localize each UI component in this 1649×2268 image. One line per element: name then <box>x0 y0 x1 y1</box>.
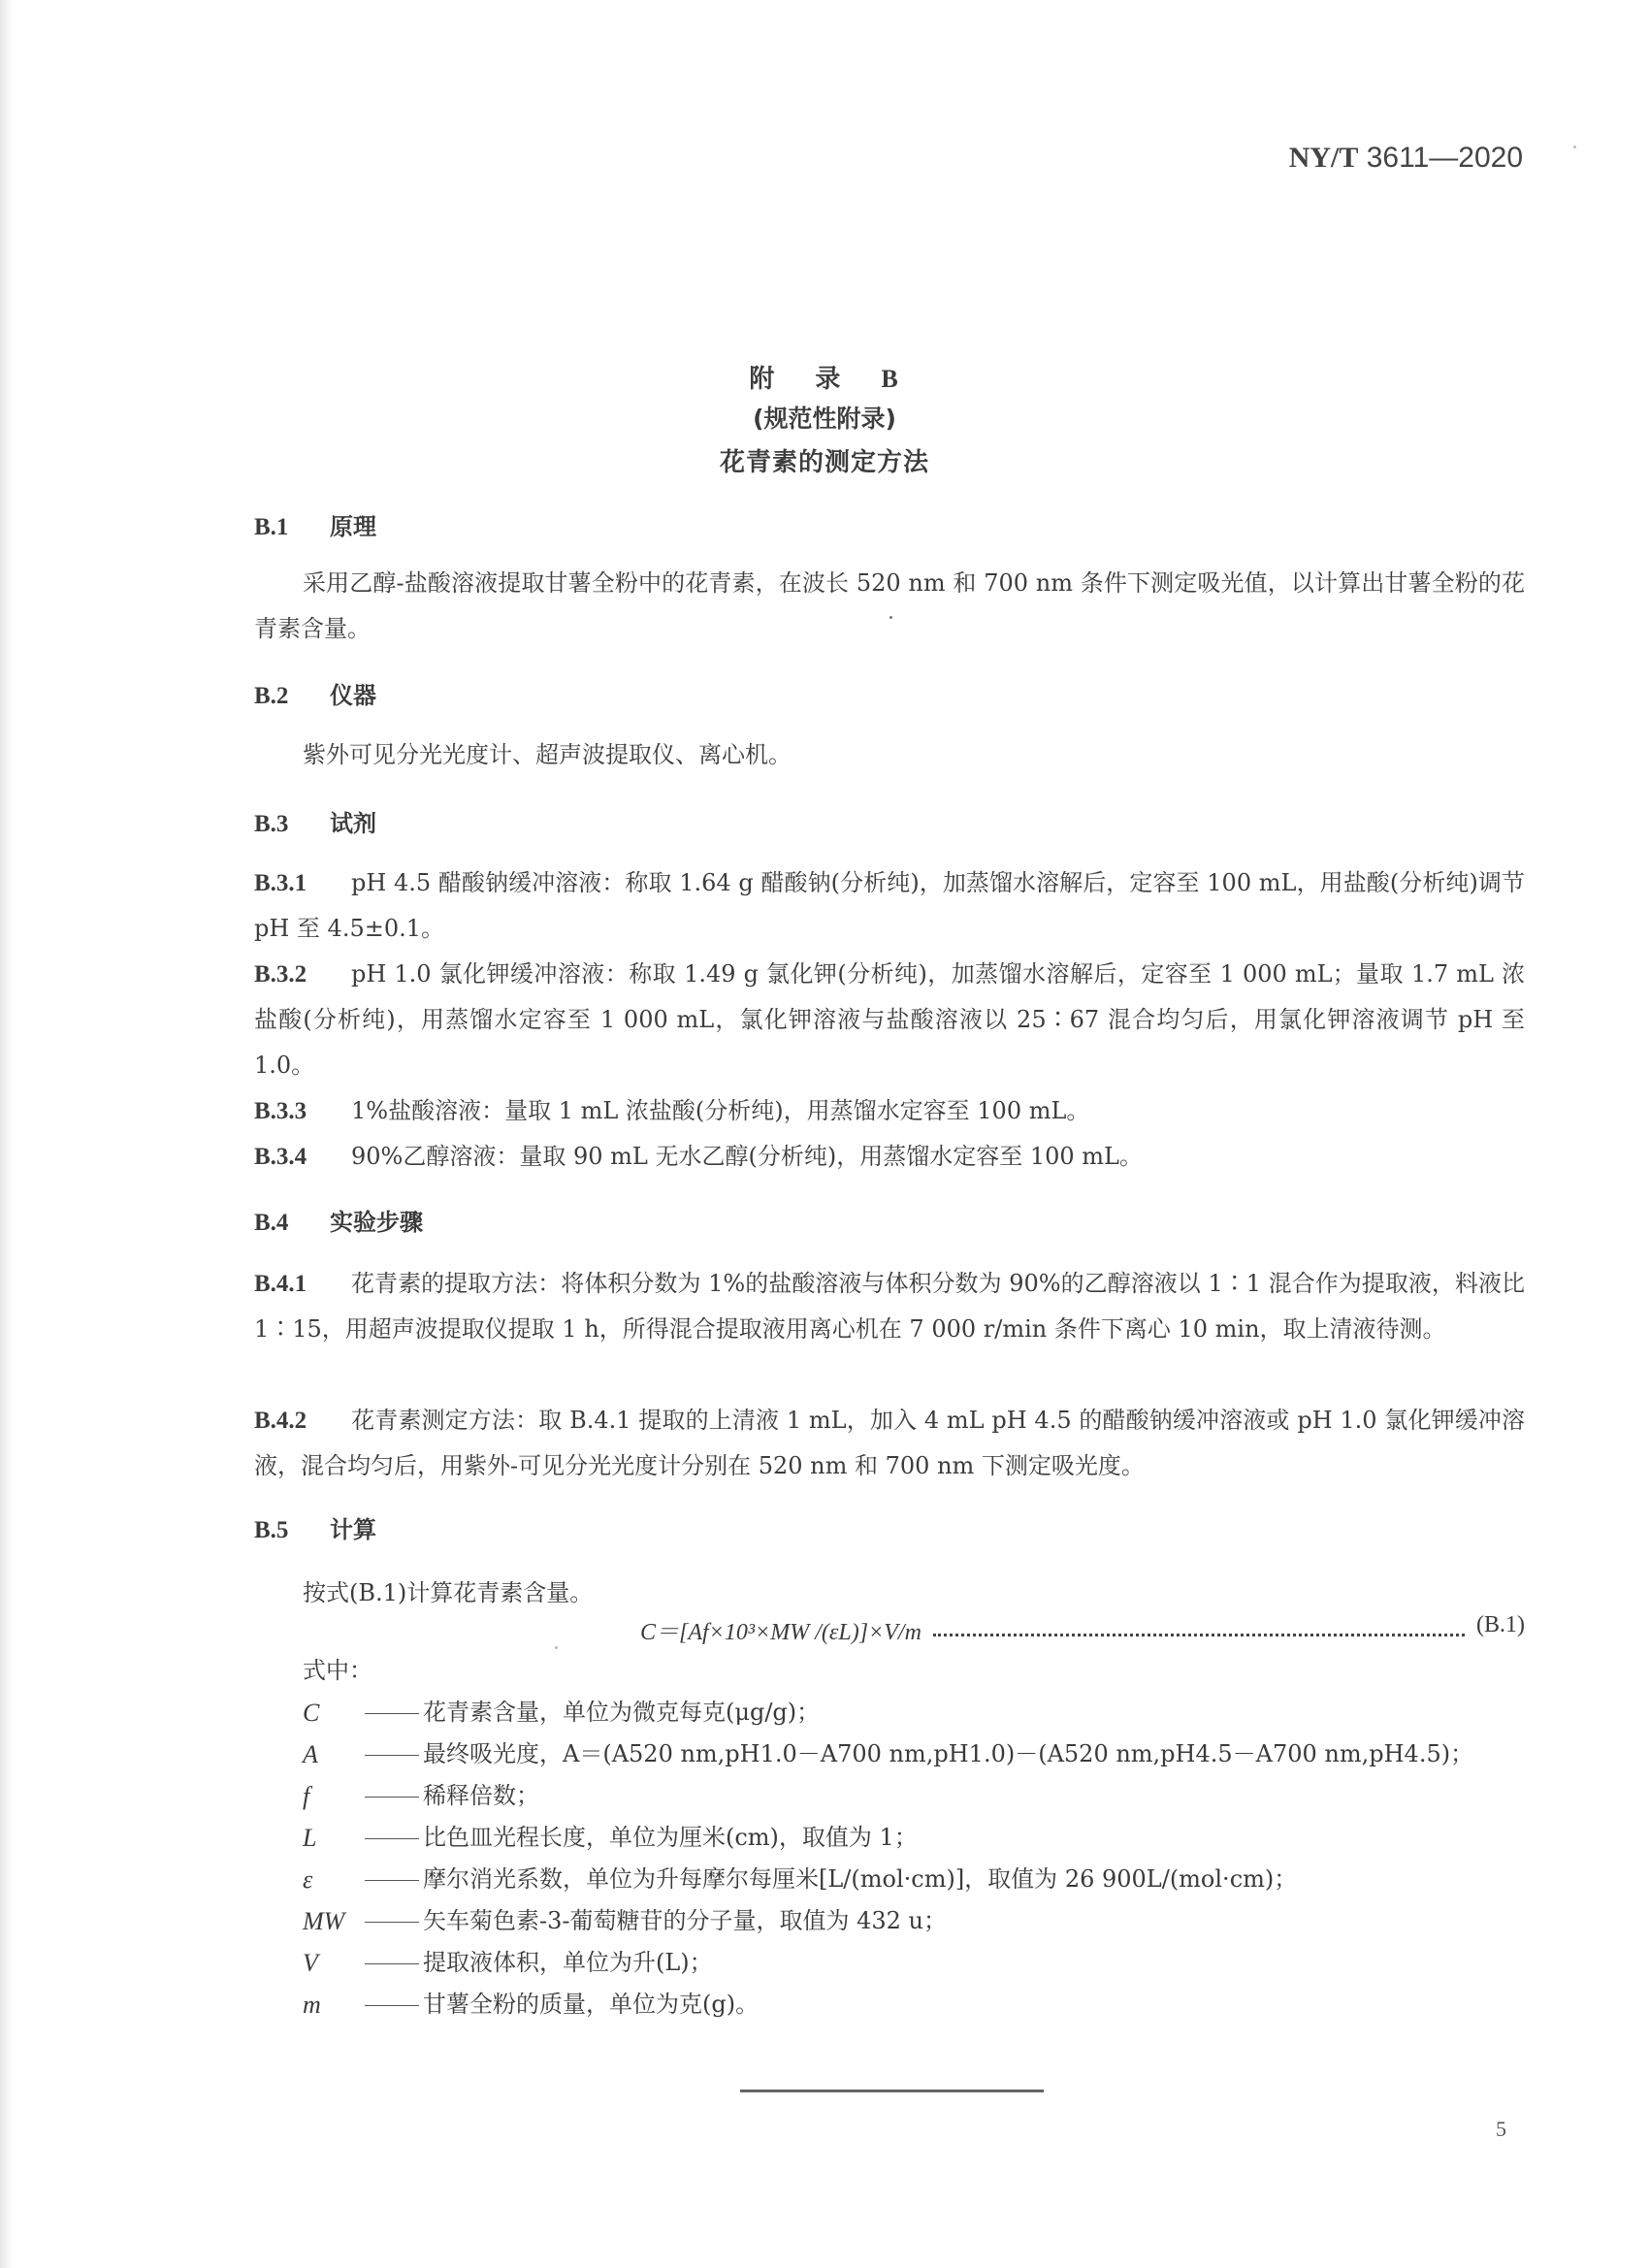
section-title: 计算 <box>330 1516 376 1543</box>
clause-text: 1%盐酸溶液：量取 1 mL 浓盐酸(分析纯)，用蒸馏水定容至 100 mL。 <box>351 1097 1089 1124</box>
variable-row: L比色皿光程长度，单位为厘米(cm)，取值为 1； <box>303 1817 1525 1859</box>
variable-row: A最终吸光度，A＝(A520 nm,pH1.0－A700 nm,pH1.0)－(… <box>303 1733 1525 1775</box>
variable-description: 甘薯全粉的质量，单位为克(g)。 <box>423 1984 759 2025</box>
clause-b3-1: B.3.1pH 4.5 醋酸钠缓冲溶液：称取 1.64 g 醋酸钠(分析纯)，加… <box>254 860 1525 952</box>
scan-speck <box>1573 146 1576 148</box>
formula-b1: C＝[Af×10³×MW /(εL)]×V/m (B.1) <box>640 1612 1525 1646</box>
dash <box>361 1775 423 1817</box>
appendix-word: 录 <box>815 365 842 394</box>
clause-number: B.3.4 <box>254 1134 351 1180</box>
section-heading-b5: B.5计算 <box>254 1510 1525 1544</box>
section-text-b2: 紫外可见分光光度计、超声波提取仪、离心机。 <box>254 732 1525 778</box>
scan-page-edge <box>0 0 14 2268</box>
dash <box>361 1900 423 1942</box>
variable-row: f稀释倍数； <box>303 1775 1525 1817</box>
variable-symbol: MW <box>303 1900 361 1942</box>
variable-symbol: C <box>303 1692 361 1733</box>
standard-code: NY/T 3611—2020 <box>1289 142 1523 175</box>
section-text-b1: 采用乙醇-盐酸溶液提取甘薯全粉中的花青素，在波长 520 nm 和 700 nm… <box>254 561 1525 652</box>
variable-description: 摩尔消光系数，单位为升每摩尔每厘米[L/(mol·cm)]，取值为 26 900… <box>423 1859 1297 1900</box>
section-title: 原理 <box>330 513 376 540</box>
formula-number: (B.1) <box>1476 1612 1525 1646</box>
where-label: 式中： <box>303 1651 372 1685</box>
section-number: B.4 <box>254 1210 330 1237</box>
appendix-letter: B <box>881 365 899 393</box>
clause-b3-3: B.3.31%盐酸溶液：量取 1 mL 浓盐酸(分析纯)，用蒸馏水定容至 100… <box>254 1088 1525 1134</box>
clause-b4-2: B.4.2花青素测定方法：取 B.4.1 提取的上清液 1 mL，加入 4 mL… <box>254 1398 1525 1489</box>
formula-expression: C＝[Af×10³×MW /(εL)]×V/m <box>640 1612 921 1646</box>
variable-row: V提取液体积，单位为升(L)； <box>303 1942 1525 1984</box>
clause-text: 花青素的提取方法：将体积分数为 1%的盐酸溶液与体积分数为 90%的乙醇溶液以 … <box>254 1270 1525 1343</box>
dash <box>361 1817 423 1859</box>
section-number: B.2 <box>254 683 330 710</box>
page-number: 5 <box>1496 2117 1506 2142</box>
dash <box>361 1942 423 1984</box>
variable-symbol: V <box>303 1942 361 1984</box>
variable-symbol: f <box>303 1775 361 1817</box>
variable-row: C花青素含量，单位为微克每克(μg/g)； <box>303 1692 1525 1733</box>
section-heading-b4: B.4实验步骤 <box>254 1203 1525 1237</box>
section-title: 仪器 <box>330 682 376 709</box>
section-heading-b2: B.2仪器 <box>254 676 1525 710</box>
formula-leader-dots <box>933 1612 1465 1636</box>
variable-description: 稀释倍数； <box>423 1775 539 1817</box>
variable-symbol: ε <box>303 1859 361 1900</box>
section-heading-b3: B.3试剂 <box>254 804 1525 838</box>
clause-number: B.3.1 <box>254 860 351 906</box>
clause-number: B.3.3 <box>254 1088 351 1134</box>
section-number: B.1 <box>254 514 330 541</box>
standard-prefix: NY/T <box>1289 142 1359 174</box>
section-title: 试剂 <box>330 810 376 837</box>
dash <box>361 1859 423 1900</box>
clause-number: B.4.1 <box>254 1261 351 1307</box>
variable-row: ε摩尔消光系数，单位为升每摩尔每厘米[L/(mol·cm)]，取值为 26 90… <box>303 1859 1525 1900</box>
clause-number: B.3.2 <box>254 952 351 997</box>
scan-speck <box>555 1646 558 1649</box>
appendix-word: 附 <box>749 365 776 394</box>
variable-description: 最终吸光度，A＝(A520 nm,pH1.0－A700 nm,pH1.0)－(A… <box>423 1733 1473 1775</box>
appendix-title: 附录B <box>0 359 1649 395</box>
variable-description: 比色皿光程长度，单位为厘米(cm)，取值为 1； <box>423 1817 918 1859</box>
variable-description: 矢车菊色素-3-葡萄糖苷的分子量，取值为 432 u； <box>423 1900 947 1942</box>
clause-text: pH 1.0 氯化钾缓冲溶液：称取 1.49 g 氯化钾(分析纯)，加蒸馏水溶解… <box>254 960 1525 1079</box>
formula-intro: 按式(B.1)计算花青素含量。 <box>303 1573 593 1607</box>
dash <box>361 1984 423 2025</box>
section-number: B.5 <box>254 1517 330 1544</box>
variable-description: 花青素含量，单位为微克每克(μg/g)； <box>423 1692 820 1733</box>
variable-row: MW矢车菊色素-3-葡萄糖苷的分子量，取值为 432 u； <box>303 1900 1525 1942</box>
variable-symbol: A <box>303 1733 361 1775</box>
standard-number: 3611—2020 <box>1367 142 1523 174</box>
clause-b4-1: B.4.1花青素的提取方法：将体积分数为 1%的盐酸溶液与体积分数为 90%的乙… <box>254 1261 1525 1352</box>
section-title: 实验步骤 <box>330 1209 423 1236</box>
variable-description: 提取液体积，单位为升(L)； <box>423 1942 713 1984</box>
section-number: B.3 <box>254 811 330 838</box>
variable-list: C花青素含量，单位为微克每克(μg/g)； A最终吸光度，A＝(A520 nm,… <box>303 1692 1525 2025</box>
section-heading-b1: B.1原理 <box>254 507 1525 541</box>
clause-number: B.4.2 <box>254 1398 351 1443</box>
clause-b3-4: B.3.490%乙醇溶液：量取 90 mL 无水乙醇(分析纯)，用蒸馏水定容至 … <box>254 1134 1525 1180</box>
clause-text: 90%乙醇溶液：量取 90 mL 无水乙醇(分析纯)，用蒸馏水定容至 100 m… <box>351 1143 1143 1170</box>
clause-b3-2: B.3.2pH 1.0 氯化钾缓冲溶液：称取 1.49 g 氯化钾(分析纯)，加… <box>254 952 1525 1088</box>
variable-symbol: L <box>303 1817 361 1859</box>
variable-row: m甘薯全粉的质量，单位为克(g)。 <box>303 1984 1525 2025</box>
dash <box>361 1692 423 1733</box>
clause-text: 花青素测定方法：取 B.4.1 提取的上清液 1 mL，加入 4 mL pH 4… <box>254 1407 1525 1479</box>
clause-text: pH 4.5 醋酸钠缓冲溶液：称取 1.64 g 醋酸钠(分析纯)，加蒸馏水溶解… <box>254 869 1525 942</box>
dash <box>361 1733 423 1775</box>
appendix-name: 花青素的测定方法 <box>0 442 1649 478</box>
variable-symbol: m <box>303 1984 361 2025</box>
end-rule <box>740 2090 1044 2092</box>
appendix-type: (规范性附录) <box>0 400 1649 435</box>
